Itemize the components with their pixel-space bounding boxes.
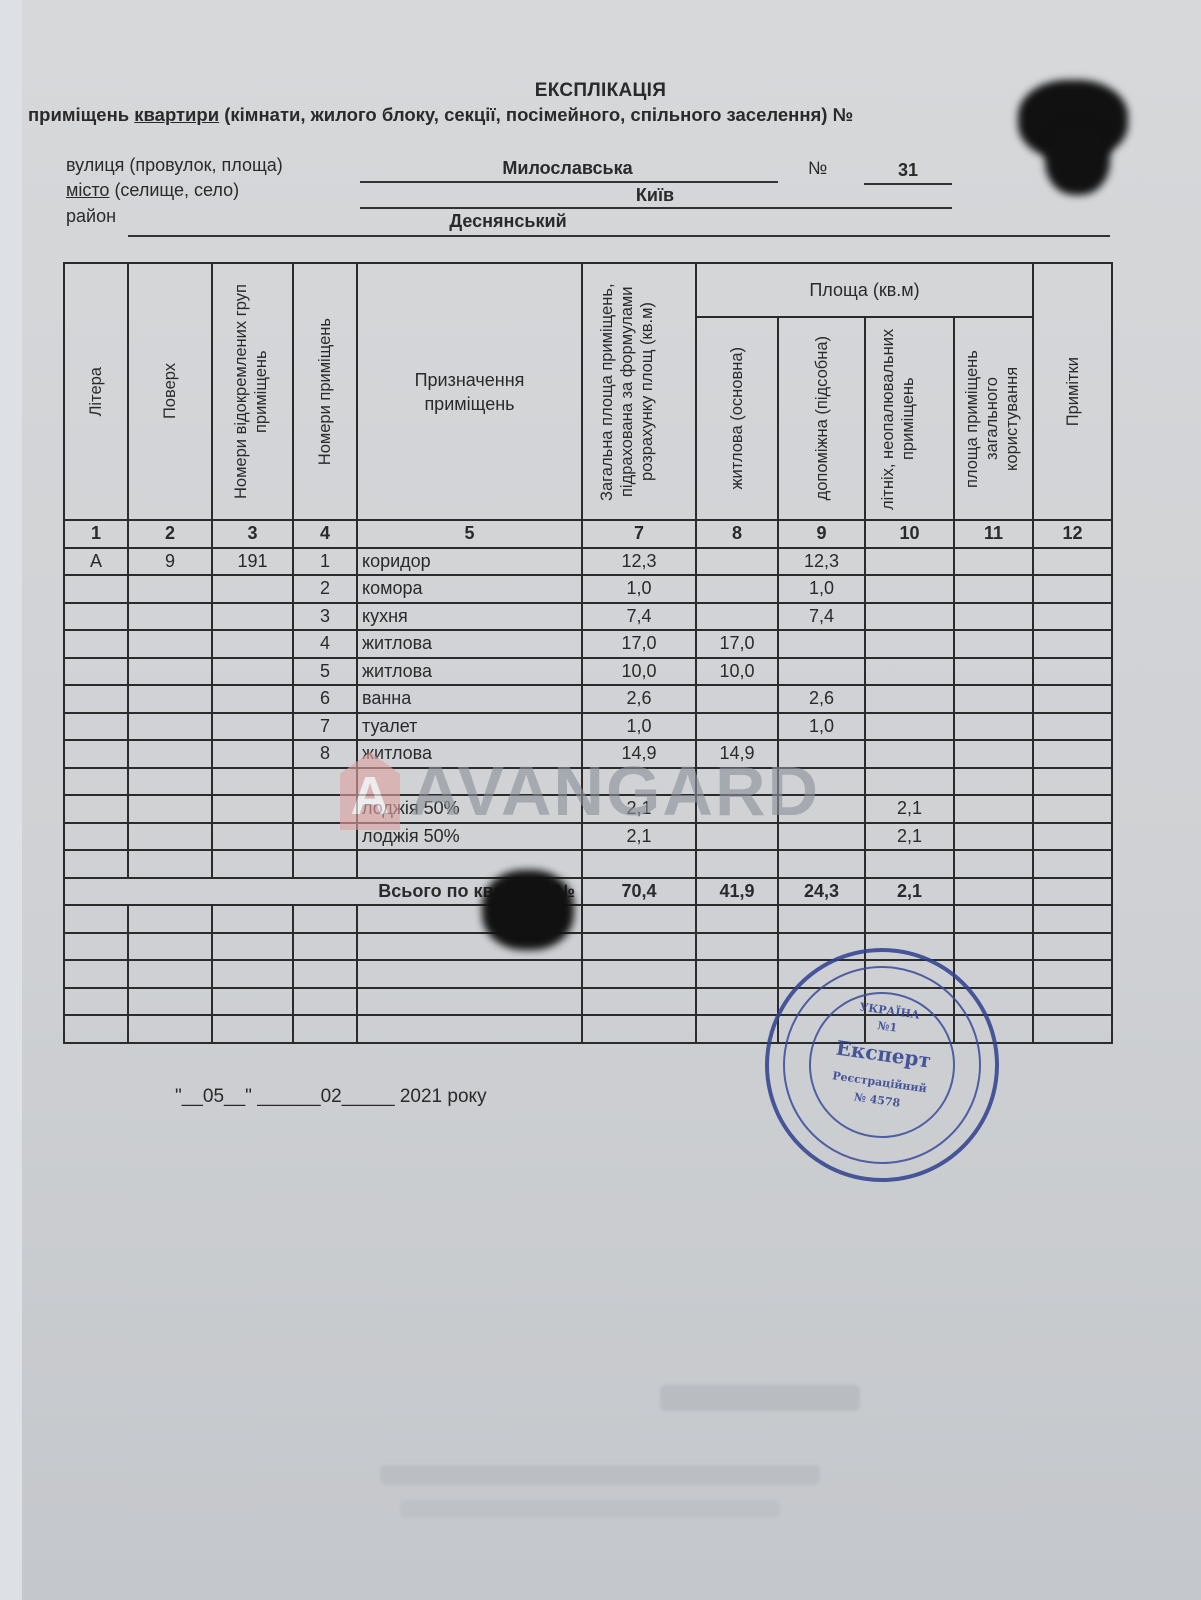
table-cell (64, 933, 128, 961)
table-cell (212, 850, 293, 878)
table-cell (64, 630, 128, 658)
header-group-numbers: Номери відокремлених груп приміщень (212, 263, 293, 520)
table-cell (954, 768, 1033, 796)
table-row: 2комора1,01,0 (64, 575, 1112, 603)
table-cell (954, 575, 1033, 603)
table-cell (865, 603, 954, 631)
number-value: 31 (864, 160, 952, 181)
table-cell (1033, 713, 1112, 741)
table-cell (212, 905, 293, 933)
table-cell: 2 (293, 575, 357, 603)
header-poverkh-text: Поверх (160, 363, 180, 419)
header-room-numbers: Номери приміщень (293, 263, 357, 520)
table-cell: 24,3 (778, 878, 865, 906)
header-total-area: Загальна площа приміщень, підрахована за… (582, 263, 696, 520)
table-cell (954, 685, 1033, 713)
table-row: 5житлова10,010,0 (64, 658, 1112, 686)
table-row: А91911коридор12,312,3 (64, 548, 1112, 576)
table-cell (212, 795, 293, 823)
table-cell (865, 905, 954, 933)
table-cell (954, 713, 1033, 741)
table-cell (696, 905, 778, 933)
header-notes: Примітки (1033, 263, 1112, 520)
page-edge (0, 0, 22, 1600)
street-underline (360, 181, 778, 183)
street-value: Милославська (360, 158, 775, 179)
col-num: 3 (212, 520, 293, 548)
table-cell (696, 548, 778, 576)
city-underline (360, 207, 952, 209)
header-litera-text: Літера (86, 367, 106, 416)
table-cell (954, 603, 1033, 631)
header-common-area: площа приміщень загального користування (954, 317, 1033, 520)
table-cell (293, 850, 357, 878)
table-cell: А (64, 548, 128, 576)
table-cell (778, 850, 865, 878)
table-cell (212, 823, 293, 851)
table-cell: 1,0 (582, 575, 696, 603)
table-cell: 2,6 (582, 685, 696, 713)
table-cell (954, 630, 1033, 658)
table-cell (696, 960, 778, 988)
document-subtitle: приміщень квартири (кімнати, жилого блок… (28, 104, 853, 126)
table-cell: 191 (212, 548, 293, 576)
table-cell (64, 905, 128, 933)
table-cell (64, 850, 128, 878)
table-cell (954, 548, 1033, 576)
avangard-logo-icon: A (340, 752, 400, 830)
table-cell: 7,4 (582, 603, 696, 631)
header-summer-area-text: літніх, неопалювальних приміщень (878, 324, 942, 514)
table-cell (582, 905, 696, 933)
table-cell (778, 630, 865, 658)
table-cell: ванна (357, 685, 582, 713)
table-cell (212, 630, 293, 658)
table-cell (1033, 988, 1112, 1016)
table-cell: житлова (357, 630, 582, 658)
table-cell (64, 740, 128, 768)
table-cell (128, 630, 212, 658)
table-row: 3кухня7,47,4 (64, 603, 1112, 631)
table-cell (1033, 1015, 1112, 1043)
total-row: Всього по квартирі №70,441,924,32,1 (64, 878, 1112, 906)
table-cell (212, 960, 293, 988)
table-cell: 3 (293, 603, 357, 631)
table-cell: 7 (293, 713, 357, 741)
table-cell (128, 795, 212, 823)
table-cell (64, 768, 128, 796)
table-cell (128, 768, 212, 796)
header-purpose-text: Призначення приміщень (405, 368, 535, 416)
table-cell (293, 988, 357, 1016)
table-cell (865, 548, 954, 576)
table-cell (128, 823, 212, 851)
table-cell (1033, 740, 1112, 768)
date-month: 02 (321, 1086, 342, 1107)
table-cell (212, 988, 293, 1016)
table-cell (954, 933, 1033, 961)
table-cell (64, 960, 128, 988)
table-row: 6ванна2,62,6 (64, 685, 1112, 713)
table-row (64, 905, 1112, 933)
table-cell (212, 685, 293, 713)
table-cell (212, 658, 293, 686)
table-cell (696, 933, 778, 961)
table-cell: 9 (128, 548, 212, 576)
table-cell: 1,0 (778, 713, 865, 741)
table-cell (865, 850, 954, 878)
city-label-underlined: місто (66, 180, 109, 200)
header-area-group: Площа (кв.м) (696, 263, 1033, 317)
header-room-numbers-text: Номери приміщень (315, 318, 335, 465)
table-cell (64, 1015, 128, 1043)
table-cell (128, 685, 212, 713)
table-cell (128, 905, 212, 933)
document-date: "__05__" ______02_____ 2021 року (175, 1086, 487, 1108)
table-cell (1033, 905, 1112, 933)
show-through-text (400, 1500, 780, 1518)
col-num: 4 (293, 520, 357, 548)
table-cell (128, 960, 212, 988)
table-cell: 10,0 (582, 658, 696, 686)
table-cell: 1,0 (778, 575, 865, 603)
table-cell (1033, 878, 1112, 906)
redacted-total-apartment-number (482, 870, 574, 950)
table-cell (1033, 933, 1112, 961)
explication-table: Літера Поверх Номери відокремлених груп … (63, 262, 1113, 1044)
table-cell: комора (357, 575, 582, 603)
table-cell: 7,4 (778, 603, 865, 631)
table-cell (64, 713, 128, 741)
table-cell (128, 1015, 212, 1043)
table-cell: 2,1 (865, 795, 954, 823)
subtitle-underlined: квартири (134, 104, 219, 125)
table-cell: 17,0 (696, 630, 778, 658)
table-cell (954, 658, 1033, 686)
header-living-area: житлова (основна) (696, 317, 778, 520)
table-cell (293, 1015, 357, 1043)
table-cell (696, 988, 778, 1016)
table-cell: 12,3 (778, 548, 865, 576)
table-cell (357, 960, 582, 988)
table-cell: 2,1 (865, 878, 954, 906)
table-cell: житлова (357, 658, 582, 686)
header-auxiliary-area-text: допоміжна (підсобна) (812, 336, 832, 500)
redacted-apartment-number-tail (1045, 120, 1110, 195)
header-litera: Літера (64, 263, 128, 520)
table-cell (865, 768, 954, 796)
table-cell: 1,0 (582, 713, 696, 741)
table-cell (128, 850, 212, 878)
table-cell (778, 905, 865, 933)
table-cell: 10,0 (696, 658, 778, 686)
table-cell (696, 713, 778, 741)
subtitle-prefix: приміщень (28, 104, 134, 125)
table-cell (64, 685, 128, 713)
table-cell (582, 850, 696, 878)
table-cell (1033, 658, 1112, 686)
district-value: Деснянський (128, 211, 888, 232)
table-cell (128, 658, 212, 686)
col-num: 10 (865, 520, 954, 548)
header-purpose: Призначення приміщень (357, 263, 582, 520)
table-cell (293, 960, 357, 988)
show-through-text (380, 1465, 820, 1485)
header-auxiliary-area: допоміжна (підсобна) (778, 317, 865, 520)
table-cell: 70,4 (582, 878, 696, 906)
table-cell (865, 685, 954, 713)
col-num: 9 (778, 520, 865, 548)
table-cell (582, 1015, 696, 1043)
table-cell (1033, 850, 1112, 878)
table-cell (582, 933, 696, 961)
col-num: 12 (1033, 520, 1112, 548)
table-cell (696, 1015, 778, 1043)
table-cell (1033, 795, 1112, 823)
col-num: 5 (357, 520, 582, 548)
table-cell (1033, 768, 1112, 796)
document-title: ЕКСПЛІКАЦІЯ (0, 80, 1201, 102)
table-cell (954, 878, 1033, 906)
header-poverkh: Поверх (128, 263, 212, 520)
table-cell (865, 713, 954, 741)
table-cell: 6 (293, 685, 357, 713)
table-cell (865, 740, 954, 768)
street-label: вулиця (провулок, площа) (66, 155, 283, 176)
table-cell (212, 933, 293, 961)
date-year: 2021 року (400, 1086, 487, 1107)
table-cell (778, 658, 865, 686)
table-cell (1033, 685, 1112, 713)
table-cell (212, 713, 293, 741)
date-day: 05 (203, 1086, 224, 1107)
table-cell (357, 1015, 582, 1043)
city-label: місто (селище, село) (66, 180, 239, 201)
header-living-area-text: житлова (основна) (727, 347, 747, 490)
col-num: 8 (696, 520, 778, 548)
table-cell (128, 713, 212, 741)
table-cell (1033, 603, 1112, 631)
table-row: 4житлова17,017,0 (64, 630, 1112, 658)
table-cell (128, 575, 212, 603)
table-cell: 12,3 (582, 548, 696, 576)
table-row: 7туалет1,01,0 (64, 713, 1112, 741)
col-num: 1 (64, 520, 128, 548)
table-cell (128, 933, 212, 961)
header-notes-text: Примітки (1063, 357, 1083, 426)
table-cell (357, 988, 582, 1016)
col-num: 11 (954, 520, 1033, 548)
table-cell (1033, 960, 1112, 988)
watermark-text: AVANGARD (410, 752, 820, 830)
city-label-rest: (селище, село) (109, 180, 239, 200)
table-cell: 17,0 (582, 630, 696, 658)
logo-letter: A (340, 766, 400, 826)
table-cell (865, 630, 954, 658)
table-cell (212, 740, 293, 768)
table-cell (293, 933, 357, 961)
table-cell (954, 795, 1033, 823)
city-value: Київ (360, 185, 950, 206)
table-cell (293, 905, 357, 933)
column-numbers-row: 1 2 3 4 5 7 8 9 10 11 12 (64, 520, 1112, 548)
table-cell (696, 575, 778, 603)
table-cell (1033, 548, 1112, 576)
table-cell (582, 988, 696, 1016)
table-cell (954, 823, 1033, 851)
table-cell (64, 603, 128, 631)
table-cell: кухня (357, 603, 582, 631)
table-cell (1033, 630, 1112, 658)
table-cell: 41,9 (696, 878, 778, 906)
table-cell: 5 (293, 658, 357, 686)
header-group-numbers-text: Номери відокремлених груп приміщень (231, 264, 275, 519)
table-cell: 1 (293, 548, 357, 576)
table-cell (696, 603, 778, 631)
table-cell (128, 988, 212, 1016)
table-cell (64, 575, 128, 603)
table-cell (64, 988, 128, 1016)
table-row (64, 933, 1112, 961)
avangard-watermark: A AVANGARD (340, 752, 820, 830)
table-cell (212, 768, 293, 796)
table-cell (128, 603, 212, 631)
table-cell: туалет (357, 713, 582, 741)
table-cell (865, 658, 954, 686)
subtitle-suffix: (кімнати, жилого блоку, секції, посімейн… (219, 104, 853, 125)
table-cell: 2,6 (778, 685, 865, 713)
table-cell: коридор (357, 548, 582, 576)
table-cell (696, 850, 778, 878)
table-cell (212, 603, 293, 631)
table-cell: 2,1 (865, 823, 954, 851)
table-cell (64, 795, 128, 823)
table-cell (212, 575, 293, 603)
table-cell (954, 850, 1033, 878)
table-cell (582, 960, 696, 988)
district-label: район (66, 206, 116, 227)
header-total-area-text: Загальна площа приміщень, підрахована за… (597, 272, 681, 512)
table-cell (865, 575, 954, 603)
col-num: 7 (582, 520, 696, 548)
table-cell (696, 685, 778, 713)
table-cell (64, 658, 128, 686)
show-through-text (660, 1385, 860, 1411)
header-common-area-text: площа приміщень загального користування (962, 324, 1026, 514)
table-cell (212, 1015, 293, 1043)
table-row (64, 850, 1112, 878)
header-summer-area: літніх, неопалювальних приміщень (865, 317, 954, 520)
number-label: № (808, 158, 827, 179)
table-cell (954, 740, 1033, 768)
table-cell (954, 905, 1033, 933)
table-cell (1033, 823, 1112, 851)
table-cell (1033, 575, 1112, 603)
table-cell: 4 (293, 630, 357, 658)
table-cell (128, 740, 212, 768)
district-underline (128, 235, 1110, 237)
table-cell (64, 823, 128, 851)
col-num: 2 (128, 520, 212, 548)
